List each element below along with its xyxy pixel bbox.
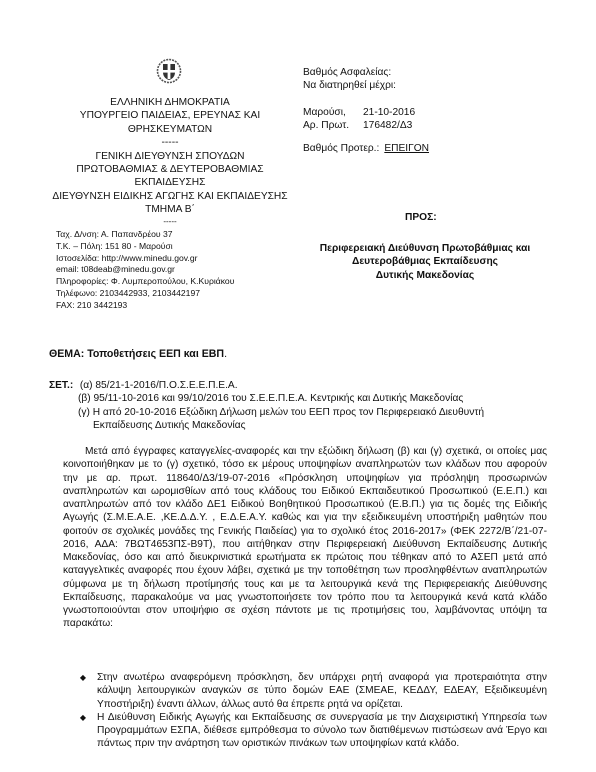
protocol: Αρ. Πρωτ.176482/Δ3 [303,119,563,132]
body-paragraph: Μετά από έγγραφες καταγγελίες-αναφορές κ… [63,445,547,631]
priority: Βαθμός Προτερ.:ΕΠΕΙΓΟΝ [303,142,563,155]
header-line: ΕΚΠΑΙΔΕΥΣΗΣ [52,176,288,189]
phone: Τηλέφωνο: 2103442933, 2103442197 [56,288,296,300]
email: email: t08deab@minedu.gov.gr [56,264,296,276]
bullet-item: ◆ Η Διεύθυνση Ειδικής Αγωγής και Εκπαίδε… [78,711,547,751]
date: 21-10-2016 [363,107,415,118]
security-level: Βαθμός Ασφαλείας: [303,66,563,79]
address: Ταχ. Δ/νση: Α. Παπανδρέου 37 [56,229,296,241]
subject-text: ΘΕΜΑ: Τοποθετήσεις ΕΕΠ και ΕΒΠ [49,348,224,360]
header-separator: ----- [52,136,288,149]
coat-of-arms-icon [156,58,182,84]
website: Ιστοσελίδα: http://www.minedu.gov.gr [56,253,296,265]
place-label: Μαρούσι, [303,106,363,119]
header-line: ΘΡΗΣΚΕΥΜΑΤΩΝ [52,123,288,136]
body: Μετά από έγγραφες καταγγελίες-αναφορές κ… [63,445,547,631]
recipient-line: Δυτικής Μακεδονίας [305,269,545,282]
header-separator: ----- [52,217,288,226]
reference-item-continued: Εκπαίδευσης Δυτικής Μακεδονίας [49,419,569,432]
reference-item: (β) 95/11-10-2016 και 99/10/2016 του Σ.Ε… [49,392,569,405]
header-line: ΓΕΝΙΚΗ ΔΙΕΥΘΥΝΣΗ ΣΠΟΥΔΩΝ [52,150,288,163]
header-line: ΤΜΗΜΑ Β΄ [52,203,288,216]
recipient: Περιφερειακή Διεύθυνση Πρωτοβάθμιας και … [305,242,545,282]
recipient-label: ΠΡΟΣ: [405,212,437,223]
header-line: ΠΡΩΤΟΒΑΘΜΙΑΣ & ΔΕΥΤΕΡΟΒΑΘΜΙΑΣ [52,163,288,176]
subject: ΘΕΜΑ: Τοποθετήσεις ΕΕΠ και ΕΒΠ. [49,348,227,360]
header-line: ΔΙΕΥΘΥΝΣΗ ΕΙΔΙΚΗΣ ΑΓΩΓΗΣ ΚΑΙ ΕΚΠΑΙΔΕΥΣΗΣ [52,190,288,203]
info-contacts: Πληροφορίες: Φ. Λυμπεροπούλου, Κ.Κυριάκο… [56,276,296,288]
recipient-line: Περιφερειακή Διεύθυνση Πρωτοβάθμιας και [305,242,545,255]
header-line: ΥΠΟΥΡΓΕΙΟ ΠΑΙΔΕΙΑΣ, ΕΡΕΥΝΑΣ ΚΑΙ [52,109,288,122]
bullet-item: ◆ Στην ανωτέρω αναφερόμενη πρόσκληση, δε… [78,671,547,711]
document-meta: Βαθμός Ασφαλείας: Να διατηρηθεί μέχρι: Μ… [303,66,563,155]
references: ΣΕΤ.: (α) 85/21-1-2016/Π.Ο.Σ.Ε.Ε.Π.Ε.Α. … [49,379,569,433]
retain-until: Να διατηρηθεί μέχρι: [303,79,563,92]
ministry-header: ΕΛΛΗΝΙΚΗ ΔΗΜΟΚΡΑΤΙΑ ΥΠΟΥΡΓΕΙΟ ΠΑΙΔΕΙΑΣ, … [52,96,288,226]
diamond-bullet-icon: ◆ [78,671,88,684]
document-page: ΕΛΛΗΝΙΚΗ ΔΗΜΟΚΡΑΤΙΑ ΥΠΟΥΡΓΕΙΟ ΠΑΙΔΕΙΑΣ, … [0,0,596,772]
references-label: ΣΕΤ.: [49,379,77,392]
place-date: Μαρούσι,21-10-2016 [303,106,563,119]
priority-label: Βαθμός Προτερ.: [303,143,379,154]
diamond-bullet-icon: ◆ [78,711,88,724]
city: Τ.Κ. – Πόλη: 151 80 - Μαρούσι [56,241,296,253]
priority-value: ΕΠΕΙΓΟΝ [384,143,429,154]
reference-item: (γ) Η από 20-10-2016 Εξώδικη Δήλωση μελώ… [49,406,569,419]
protocol-number: 176482/Δ3 [363,120,412,131]
contact-info: Ταχ. Δ/νση: Α. Παπανδρέου 37 Τ.Κ. – Πόλη… [56,229,296,312]
recipient-line: Δευτεροβάθμιας Εκπαίδευσης [305,255,545,268]
reference-item: (α) 85/21-1-2016/Π.Ο.Σ.Ε.Ε.Π.Ε.Α. [80,380,238,391]
header-line: ΕΛΛΗΝΙΚΗ ΔΗΜΟΚΡΑΤΙΑ [52,96,288,109]
bullet-list: ◆ Στην ανωτέρω αναφερόμενη πρόσκληση, δε… [78,671,547,751]
fax: FAX: 210 3442193 [56,300,296,312]
protocol-label: Αρ. Πρωτ. [303,119,363,132]
